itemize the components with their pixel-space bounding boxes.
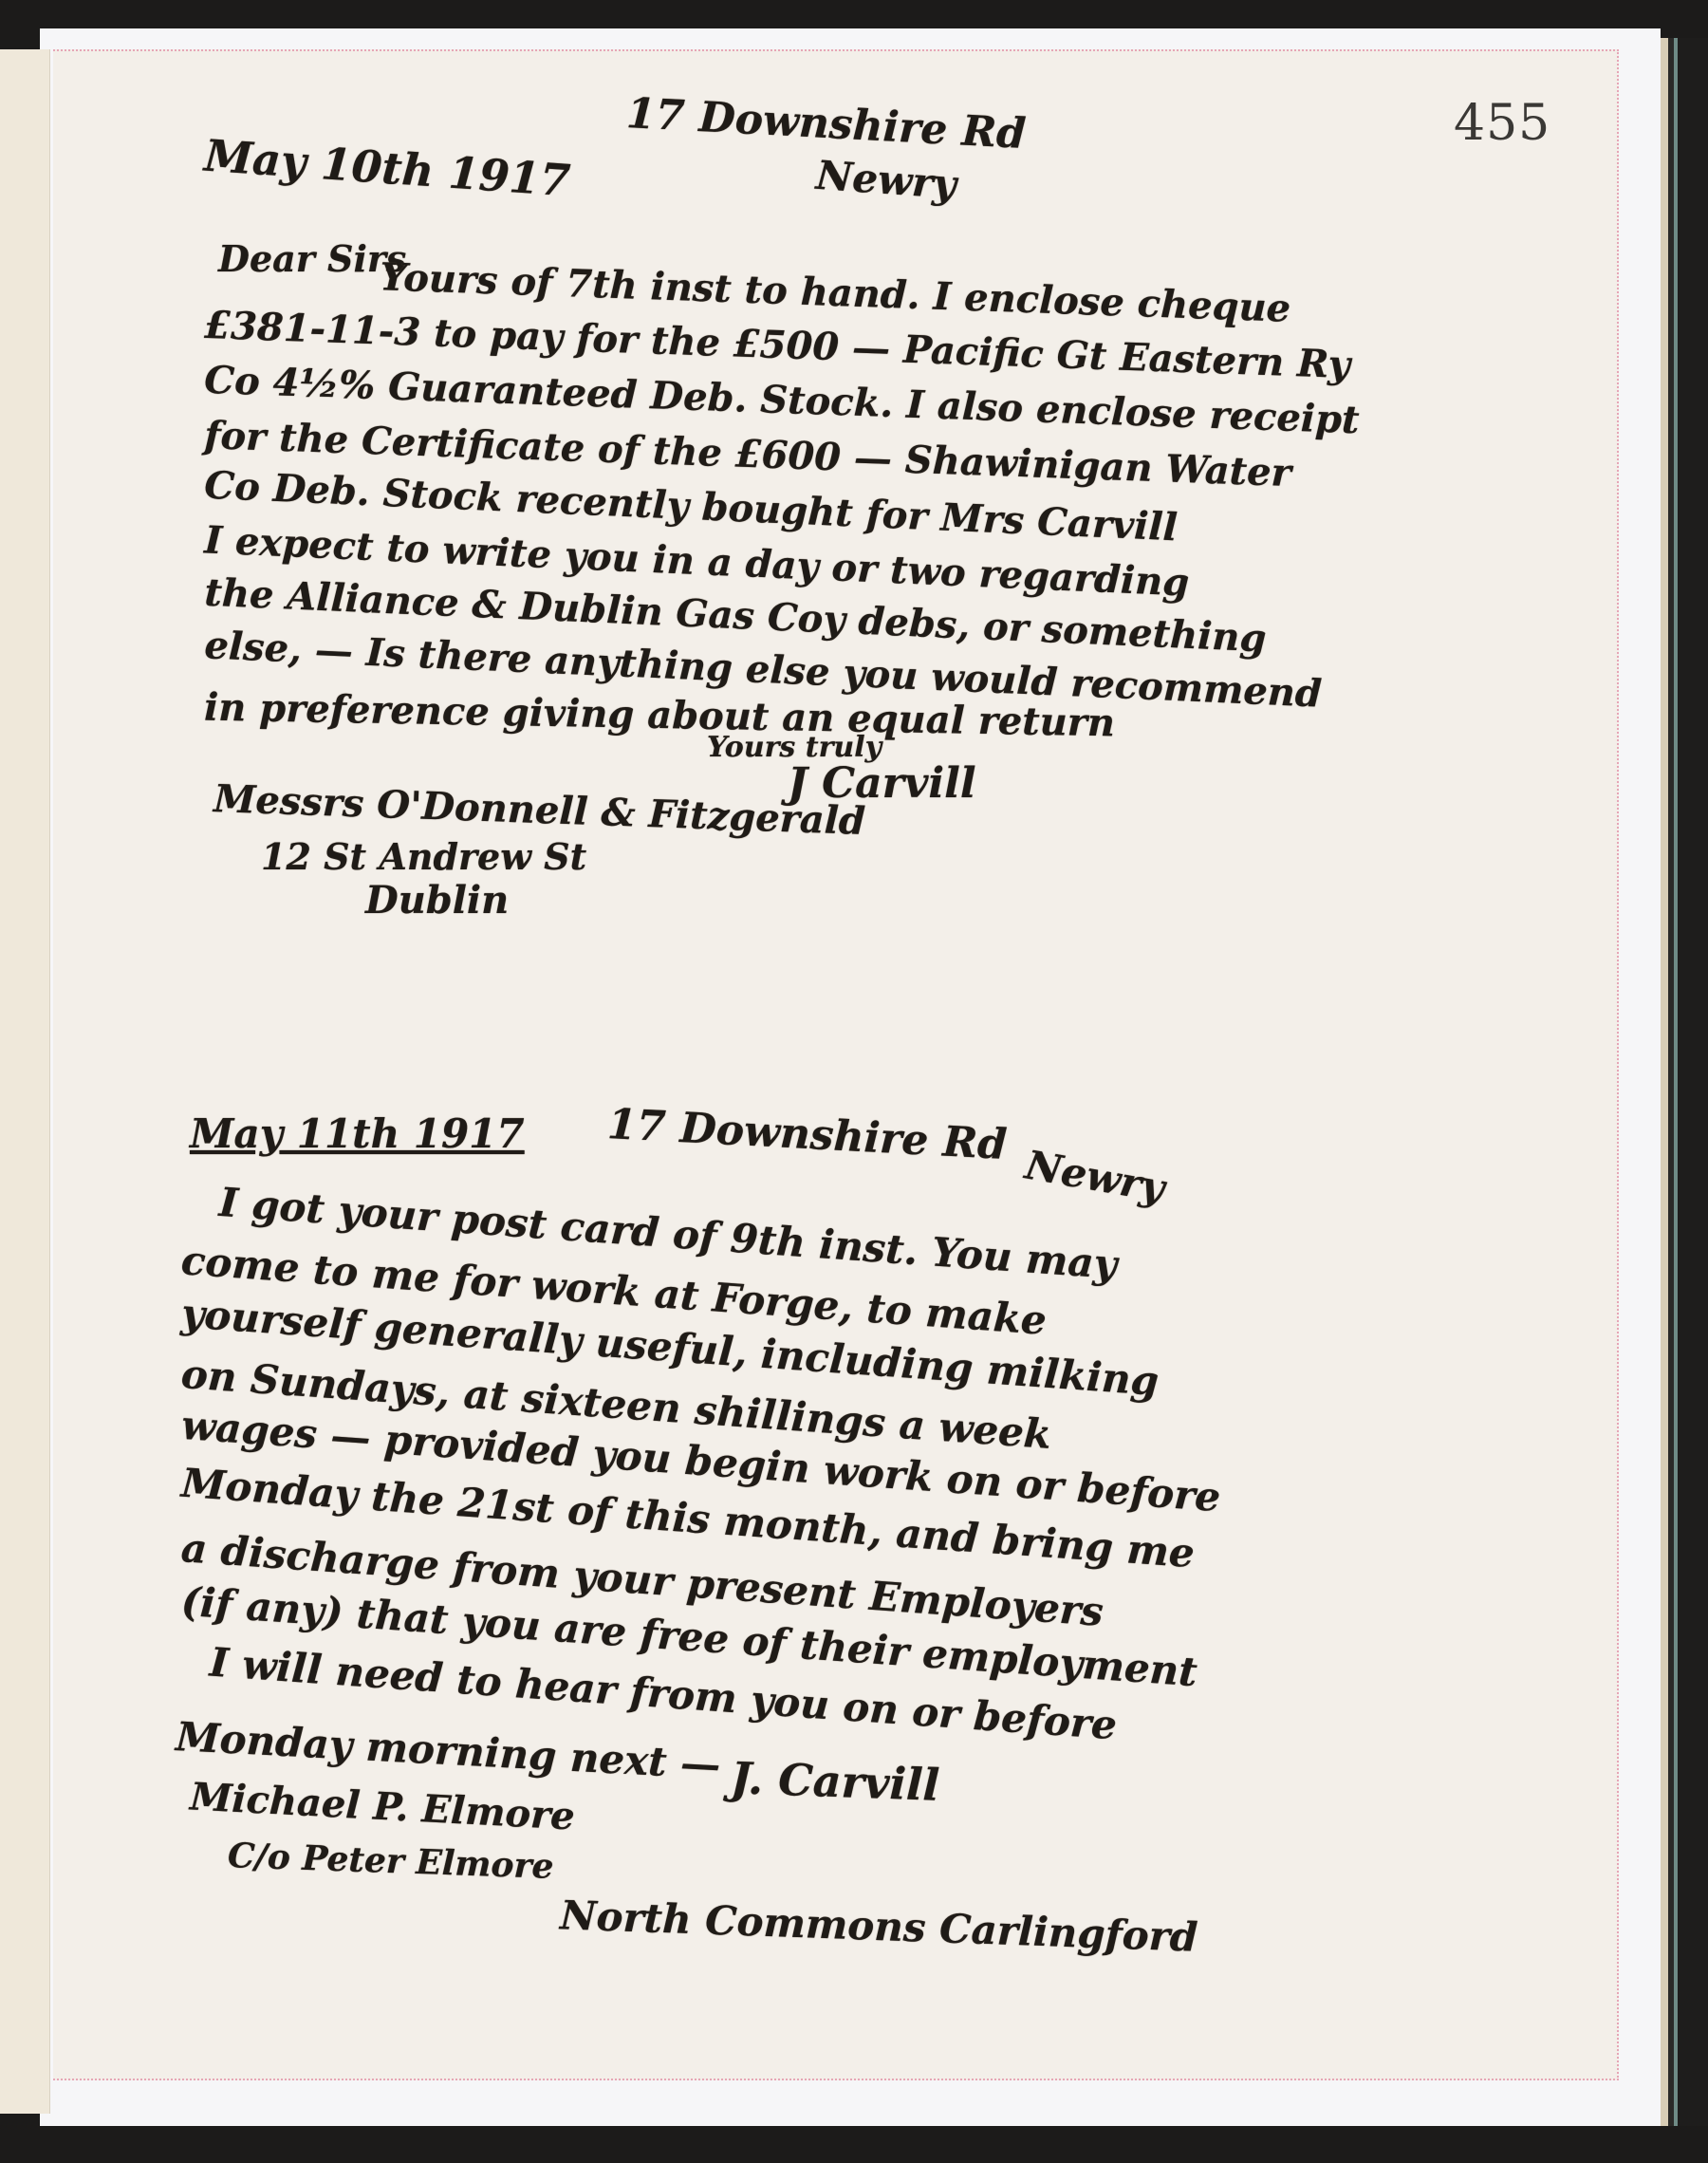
facing-page-edge [0, 49, 50, 2114]
book-binding [1661, 38, 1708, 2126]
letter1-recipient-city: Dublin [365, 878, 509, 923]
letter2-date: May 11th 1917 [190, 1110, 525, 1157]
letter1-recipient-street: 12 St Andrew St [261, 835, 586, 878]
letter2-signature: J. Carvill [730, 1752, 940, 1811]
letter1-salutation: Dear Sirs [218, 237, 406, 280]
letter1-address-line2: Newry [814, 152, 957, 208]
folio-number: 455 [1454, 95, 1550, 152]
